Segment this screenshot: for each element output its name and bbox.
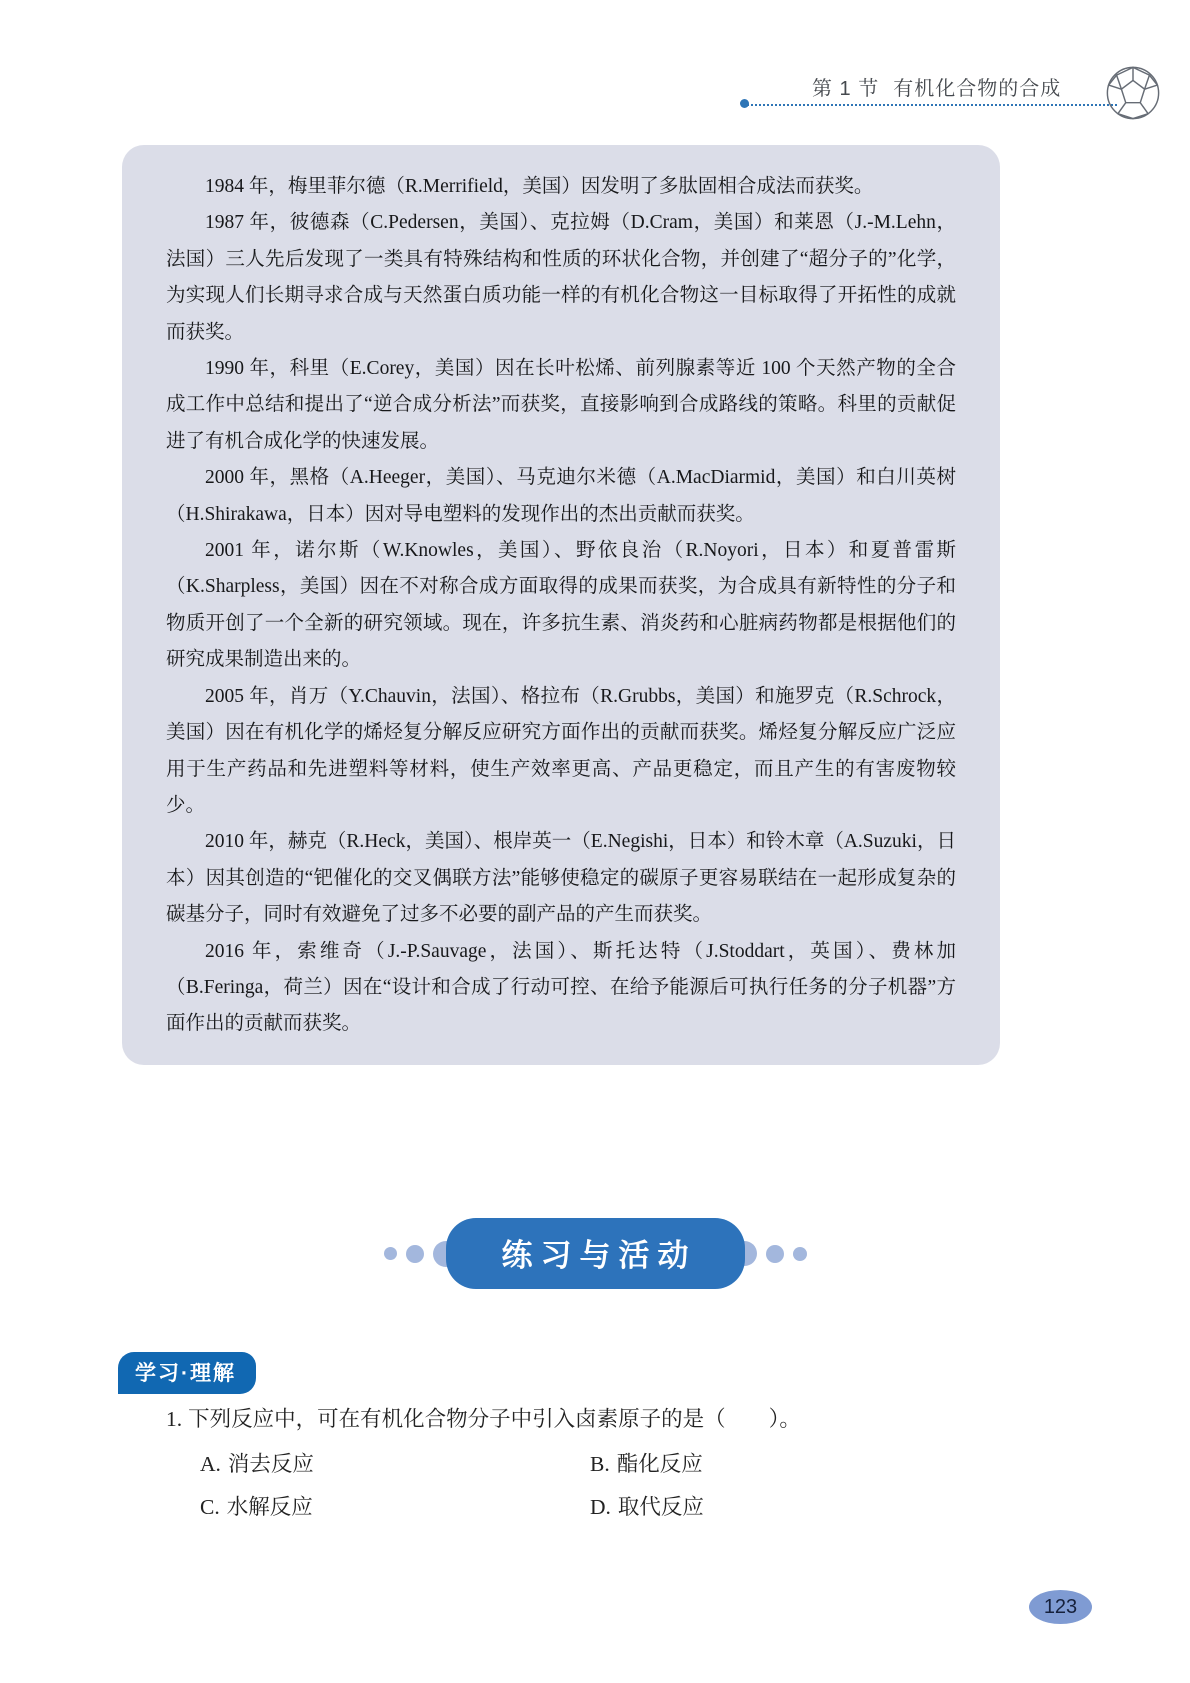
option-c: C.水解反应 [200,1490,313,1521]
nobel-paragraph-2000: 2000 年，黑格（A.Heeger，美国）、马克迪尔米德（A.MacDiarm… [166,460,956,533]
page-number-badge: 123 [1029,1590,1092,1624]
nobel-paragraph-2005: 2005 年，肖万（Y.Chauvin，法国）、格拉布（R.Grubbs，美国）… [166,679,956,825]
nobel-paragraph-1984: 1984 年，梅里菲尔德（R.Merrifield，美国）因发明了多肽固相合成法… [166,169,956,205]
option-c-label: C. [200,1495,220,1519]
nobel-history-box: 1984 年，梅里菲尔德（R.Merrifield，美国）因发明了多肽固相合成法… [122,145,1000,1065]
question-number: 1. [166,1407,182,1431]
exercise-banner: 练习与活动 [0,1218,1190,1289]
nobel-paragraph-2001: 2001 年，诺尔斯（W.Knowles，美国）、野依良治（R.Noyori，日… [166,533,956,679]
nobel-paragraph-1990: 1990 年，科里（E.Corey，美国）因在长叶松烯、前列腺素等近 100 个… [166,351,956,460]
nobel-paragraph-2016: 2016 年，索维奇（J.-P.Sauvage，法国）、斯托达特（J.Stodd… [166,934,956,1043]
question-1: 1.下列反应中，可在有机化合物分子中引入卤素原子的是（ ）。 [166,1402,801,1433]
option-b: B.酯化反应 [590,1447,703,1478]
decorative-dot [384,1247,397,1260]
option-a-text: 消去反应 [228,1452,314,1476]
option-b-label: B. [590,1452,610,1476]
decorative-dot [766,1245,784,1263]
nobel-paragraph-2010: 2010 年，赫克（R.Heck，美国）、根岸英一（E.Negishi，日本）和… [166,824,956,933]
option-c-text: 水解反应 [227,1495,313,1519]
decorative-dot [406,1245,424,1263]
option-a-label: A. [200,1452,221,1476]
option-b-text: 酯化反应 [617,1452,703,1476]
decorative-dot [793,1247,807,1261]
learn-understand-label: 学习·理解 [118,1352,256,1394]
fullerene-molecule-icon [1104,64,1162,127]
option-a: A.消去反应 [200,1447,314,1478]
nobel-paragraph-1987: 1987 年，彼德森（C.Pedersen，美国）、克拉姆（D.Cram，美国）… [166,205,956,351]
option-d: D.取代反应 [590,1490,704,1521]
question-text: 下列反应中，可在有机化合物分子中引入卤素原子的是（ ）。 [188,1407,801,1431]
option-d-label: D. [590,1495,611,1519]
header-dotted-rule [747,94,1117,106]
exercise-banner-title: 练习与活动 [446,1218,745,1289]
option-d-text: 取代反应 [618,1495,704,1519]
